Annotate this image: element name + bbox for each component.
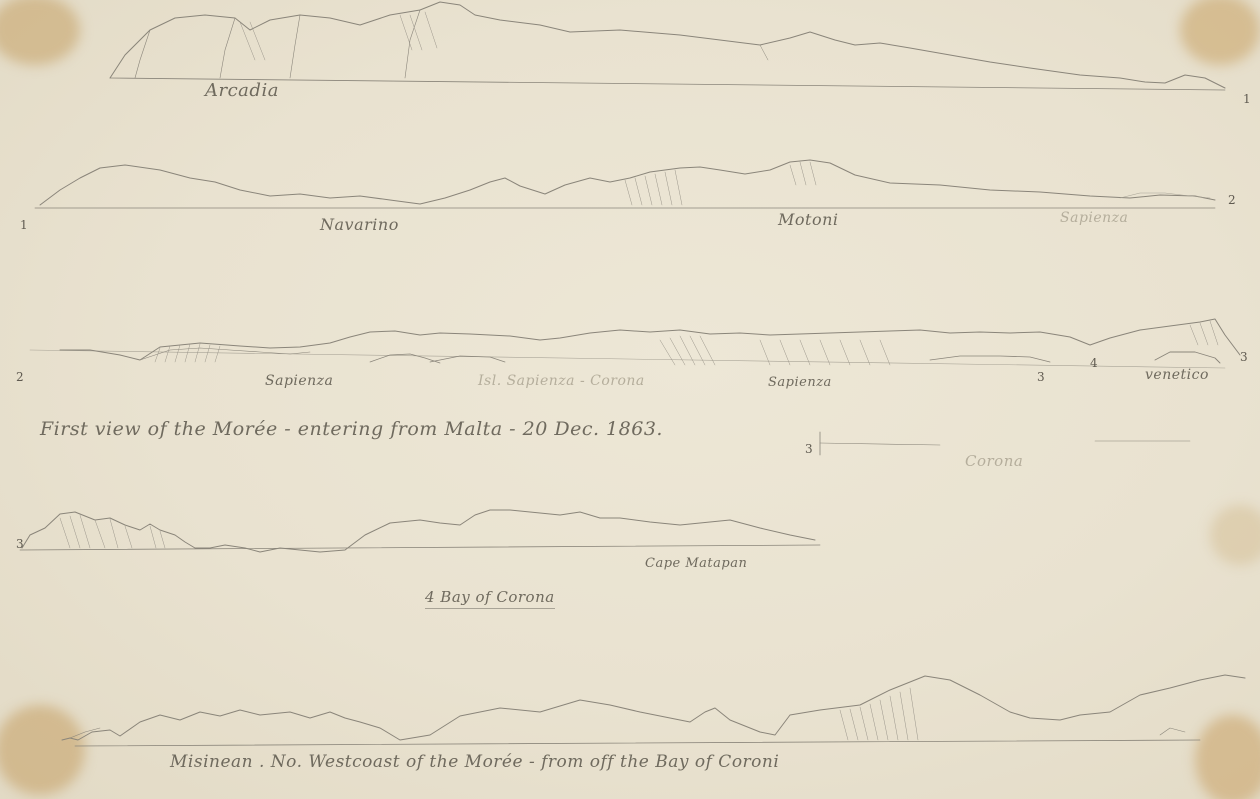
marker-1-left: 1 bbox=[20, 218, 28, 232]
strip-5-bottom-panorama bbox=[62, 675, 1245, 746]
label-sapienza-faint: Sapienza bbox=[1060, 210, 1128, 226]
label-venetico: venetico bbox=[1145, 367, 1209, 383]
marker-2-right: 2 bbox=[1228, 193, 1236, 207]
marker-3-left: 3 bbox=[16, 537, 24, 551]
marker-3-mid: 3 bbox=[1037, 370, 1045, 384]
label-sapienza-1: Sapienza bbox=[265, 373, 333, 389]
label-cape-matapan: Cape Matapan bbox=[645, 556, 747, 571]
marker-3-corona: 3 bbox=[805, 442, 813, 456]
sketch-sheet: Arcadia 1 1 Navarino Motoni Sapienza 2 2… bbox=[0, 0, 1260, 799]
caption-first-view: First view of the Morée - entering from … bbox=[40, 418, 663, 440]
marker-2-left: 2 bbox=[16, 370, 24, 384]
label-navarino: Navarino bbox=[320, 215, 399, 234]
marker-1-right-top: 1 bbox=[1243, 92, 1251, 106]
marker-4-mid: 4 bbox=[1090, 356, 1098, 370]
marker-3-right: 3 bbox=[1240, 350, 1248, 364]
label-isl-sapienza-corona: Isl. Sapienza - Corona bbox=[478, 373, 645, 389]
label-bay-of-corona: 4 Bay of Corona bbox=[425, 588, 555, 609]
strip-4-cape-matapan bbox=[20, 510, 820, 552]
label-arcadia: Arcadia bbox=[205, 80, 279, 101]
caption-bottom: Misinean . No. Westcoast of the Morée - … bbox=[170, 752, 779, 772]
label-motoni: Motoni bbox=[778, 210, 839, 229]
label-sapienza-2: Sapienza bbox=[768, 375, 832, 390]
strip-3-sapienza bbox=[30, 319, 1240, 368]
strip-2-navarino bbox=[35, 160, 1215, 208]
landscape-drawing bbox=[0, 0, 1260, 799]
label-corona: Corona bbox=[965, 452, 1023, 470]
strip-1-arcadia bbox=[110, 2, 1225, 90]
